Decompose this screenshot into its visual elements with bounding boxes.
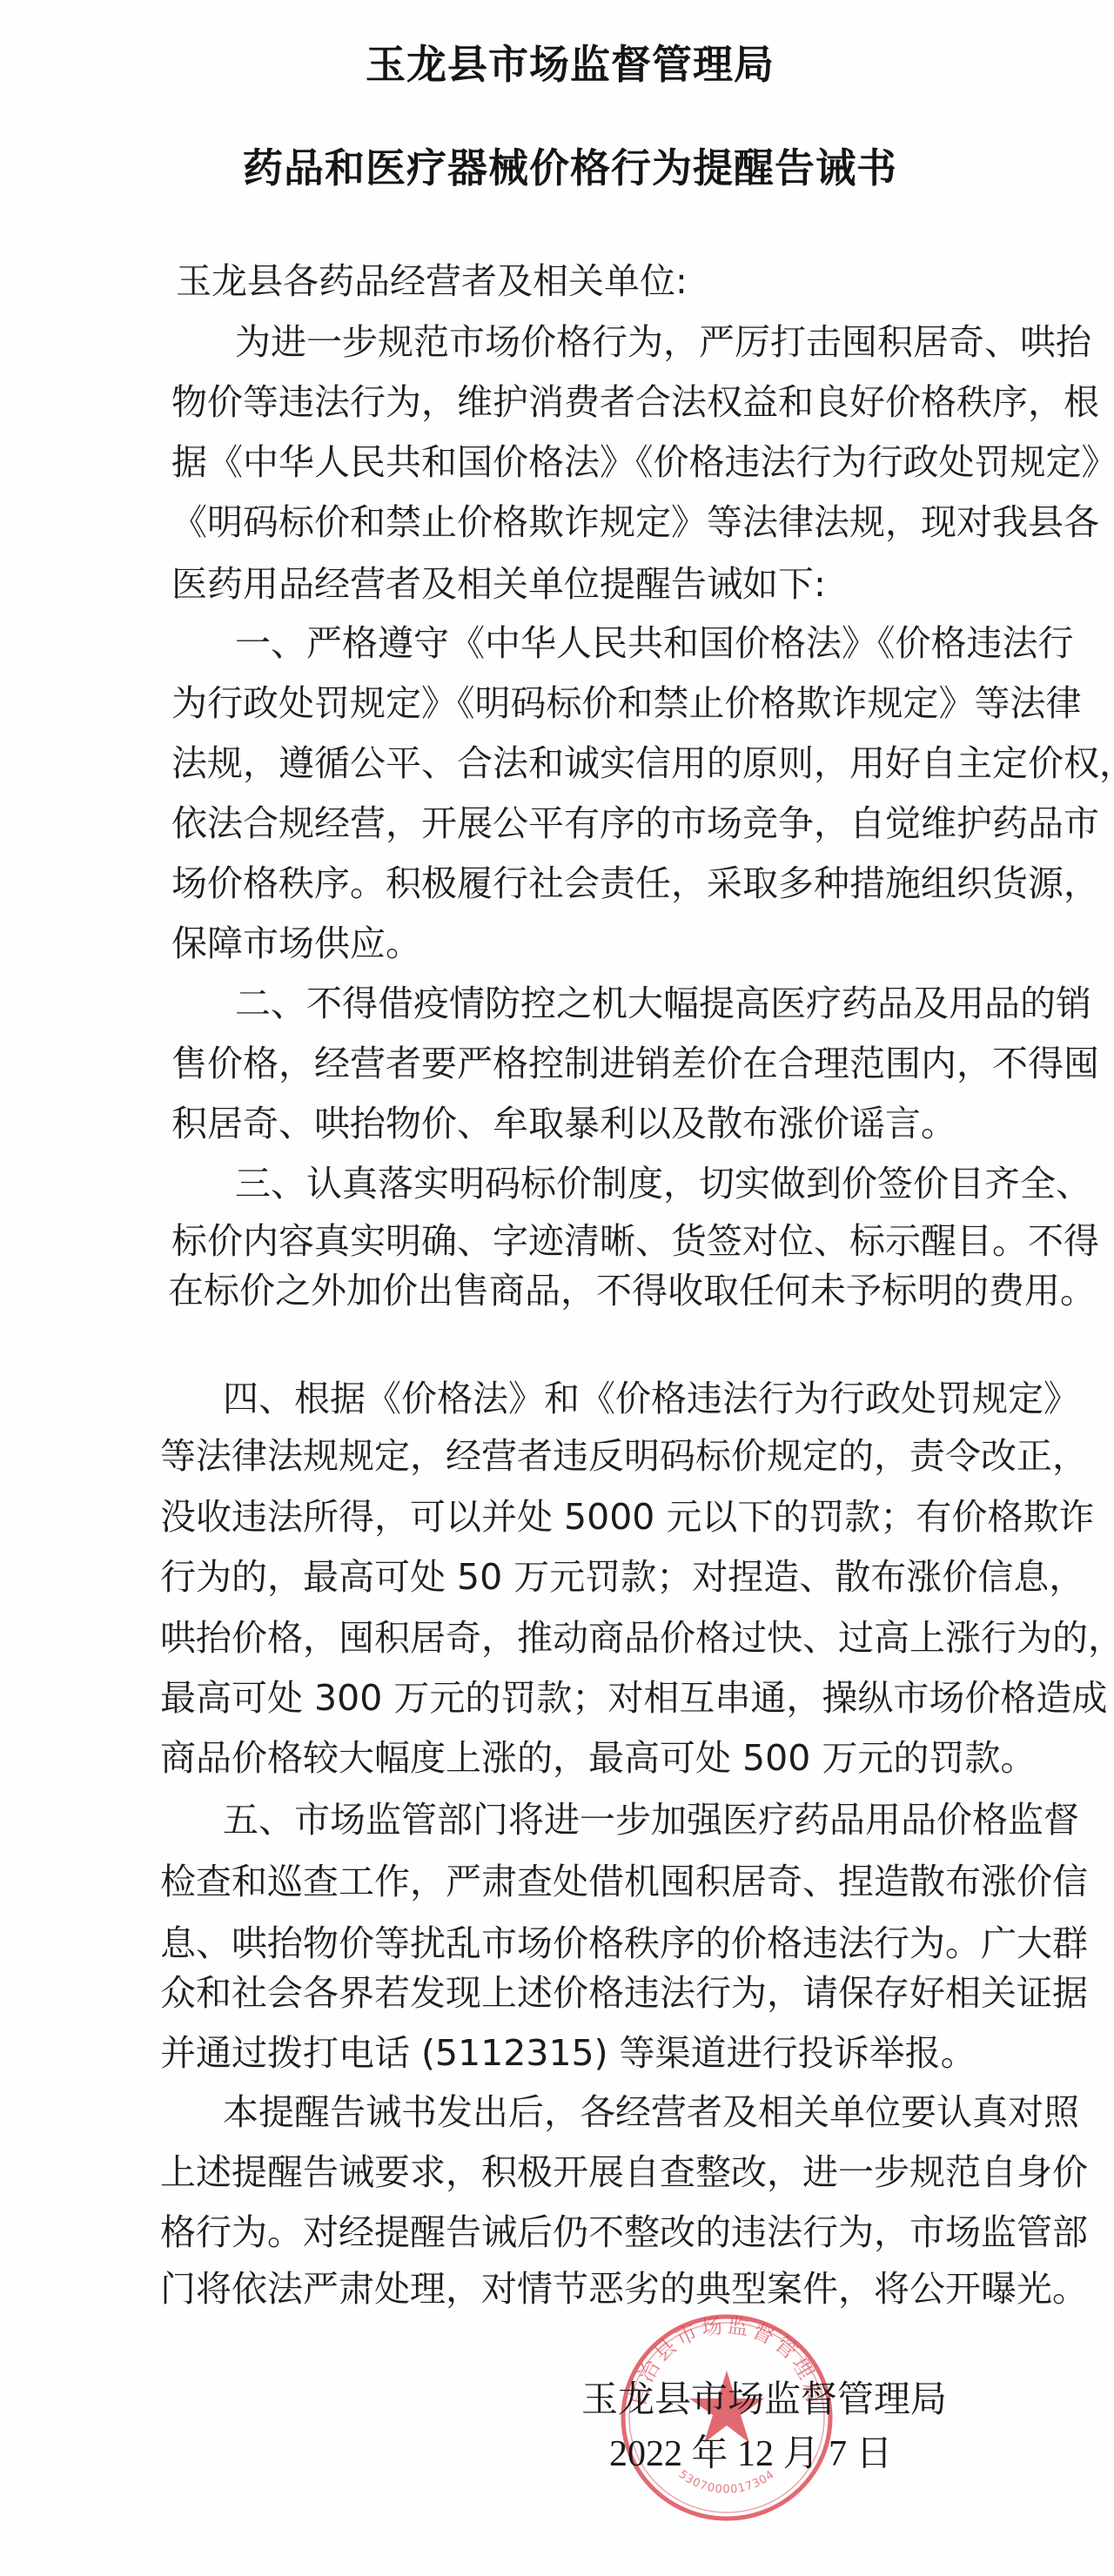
- item-1-line-6: 保障市场供应。: [171, 921, 959, 966]
- item-5-line-1: 五、市场监管部门将进一步加强医疗药品用品价格监督: [223, 1797, 935, 1842]
- item-1-line-2: 为行政处罚规定》《明码标价和禁止价格欺诈规定》等法律: [171, 681, 959, 726]
- item-2-line-2: 售价格，经营者要严格控制进销差价在合理范围内，不得囤: [171, 1041, 959, 1086]
- item-4-line-3: 没收违法所得，可以并处 5000 元以下的罚款；有价格欺诈: [160, 1494, 935, 1540]
- closing-line-4: 门将依法严肃处理，对情节恶劣的典型案件，将公开曝光。: [160, 2266, 935, 2311]
- salutation: 玉龙县各药品经营者及相关单位:: [176, 258, 688, 304]
- item-5-line-2: 检查和巡查工作，严肃查处借机囤积居奇、捏造散布涨价信: [160, 1859, 935, 1904]
- signature-date: 2022 年 12 月 7 日: [609, 2432, 893, 2477]
- item-5-line-5: 并通过拨打电话 (5112315) 等渠道进行投诉举报。: [160, 2030, 935, 2076]
- intro-line-1: 为进一步规范市场价格行为，严厉打击囤积居奇、哄抬: [235, 319, 959, 365]
- item-4-line-7: 商品价格较大幅度上涨的，最高可处 500 万元的罚款。: [160, 1735, 935, 1781]
- item-4-line-2: 等法律法规规定，经营者违反明码标价规定的，责令改正，: [160, 1433, 935, 1479]
- item-4-line-1: 四、根据《价格法》和《价格违法行为行政处罚规定》: [223, 1376, 935, 1421]
- intro-line-3: 据《中华人民共和国价格法》《价格违法行为行政处罚规定》: [171, 439, 959, 485]
- closing-line-1: 本提醒告诫书发出后，各经营者及相关单位要认真对照: [223, 2090, 935, 2135]
- closing-line-3: 格行为。对经提醒告诫后仍不整改的违法行为，市场监管部: [160, 2210, 935, 2255]
- closing-line-2: 上述提醒告诫要求，积极开展自查整改，进一步规范自身价: [160, 2150, 935, 2195]
- item-1-line-1: 一、严格遵守《中华人民共和国价格法》《价格违法行: [235, 621, 959, 666]
- item-1-line-3: 法规，遵循公平、合法和诚实信用的原则，用好自主定价权，: [171, 741, 959, 786]
- item-1-line-4: 依法合规经营，开展公平有序的市场竞争，自觉维护药品市: [171, 801, 959, 846]
- intro-line-4: 《明码标价和禁止价格欺诈规定》等法律法规，现对我县各: [171, 500, 959, 545]
- item-5-line-3: 息、哄抬物价等扰乱市场价格秩序的价格违法行为。广大群: [160, 1921, 935, 1966]
- document-title-line-2: 药品和医疗器械价格行为提醒告诫书: [0, 142, 1114, 194]
- item-4-line-6: 最高可处 300 万元的罚款；对相互串通，操纵市场价格造成: [160, 1675, 935, 1721]
- item-5-line-4: 众和社会各界若发现上述价格违法行为，请保存好相关证据: [160, 1970, 935, 2016]
- item-3-line-1: 三、认真落实明码标价制度，切实做到价签价目齐全、: [235, 1161, 959, 1206]
- item-1-line-5: 场价格秩序。积极履行社会责任，采取多种措施组织货源，: [171, 861, 959, 906]
- item-2-line-1: 二、不得借疫情防控之机大幅提高医疗药品及用品的销: [235, 981, 959, 1026]
- document-page: 玉龙县市场监督管理局 药品和医疗器械价格行为提醒告诫书 玉龙县各药品经营者及相关…: [0, 0, 1114, 2576]
- item-2-line-3: 积居奇、哄抬物价、牟取暴利以及散布涨价谣言。: [171, 1101, 959, 1146]
- document-title-line-1: 玉龙县市场监督管理局: [0, 38, 1114, 91]
- item-4-line-4: 行为的，最高可处 50 万元罚款；对捏造、散布涨价信息，: [160, 1554, 935, 1600]
- item-3-line-3: 在标价之外加价出售商品，不得收取任何未予标明的费用。: [168, 1268, 959, 1313]
- intro-line-5: 医药用品经营者及相关单位提醒告诫如下:: [171, 561, 959, 607]
- intro-line-2: 物价等违法行为，维护消费者合法权益和良好价格秩序，根: [171, 379, 959, 425]
- item-3-line-2: 标价内容真实明确、字迹清晰、货签对位、标示醒目。不得: [171, 1218, 959, 1264]
- signature-organization: 玉龙县市场监督管理局: [581, 2378, 947, 2423]
- item-4-line-5: 哄抬价格，囤积居奇，推动商品价格过快、过高上涨行为的，: [160, 1615, 935, 1660]
